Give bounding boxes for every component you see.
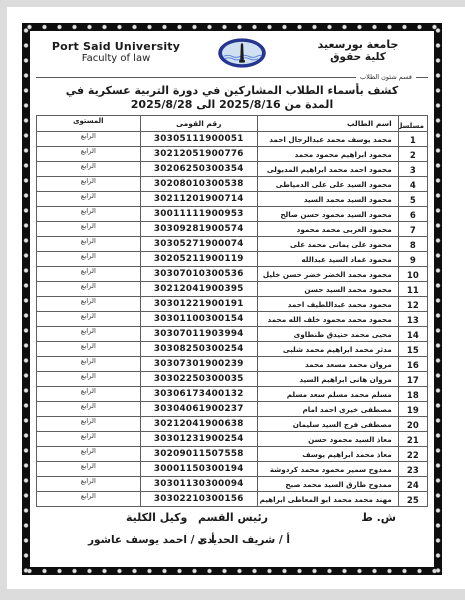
level-cell: الرابع [37,462,141,477]
faculty-name-en: Faculty of law [36,53,196,64]
name-cell: مروان هانى ابراهيم السيد [257,372,398,387]
table-row: 6محمود السيد محمود حسن صالح3001111190095… [37,207,428,222]
university-name-en: Port Said University [36,40,196,53]
level-cell: الرابع [37,147,141,162]
serial-cell: 14 [398,327,427,342]
faculty-name-ar: كلية حقوق [288,51,428,63]
national-id-cell: 30309281900574 [140,222,257,237]
document-page: Port Said University Faculty of law جامع… [7,7,465,589]
table-row: 20مصطفى فرج السيد سليمان30212041900638ال… [37,417,428,432]
table-header-row: مسلسل اسم الطالب رقم القومى المستوى [37,116,428,132]
table-row: 16مروان محمد مسعد محمد30307301900239الرا… [37,357,428,372]
national-id-cell: 30301130300094 [140,477,257,492]
table-row: 12محمود محمد عبداللطيف احمد3030122190019… [37,297,428,312]
national-id-cell: 30301221900191 [140,297,257,312]
national-id-cell: 30209011507558 [140,447,257,462]
level-cell: الرابع [37,132,141,147]
title-line1: كشف بأسماء الطلاب المشاركين في دورة التر… [36,84,428,98]
serial-cell: 19 [398,402,427,417]
level-cell: الرابع [37,252,141,267]
national-id-cell: 30211201900714 [140,192,257,207]
document-title: كشف بأسماء الطلاب المشاركين في دورة التر… [36,84,428,112]
letterhead-arabic: جامعة بورسعيد كلية حقوق [288,37,428,63]
name-cell: محمود العربى محمد محمود [257,222,398,237]
name-cell: مهند محمد محمد ابو المعاطى ابراهيم [257,492,398,507]
name-cell: مدثر محمد ابراهيم محمد شلبى [257,342,398,357]
table-row: 21معاذ السيد محمود حسن30301231900254الرا… [37,432,428,447]
serial-cell: 12 [398,297,427,312]
national-id-cell: 30212041900638 [140,417,257,432]
national-id-cell: 30306173400132 [140,387,257,402]
dean-title: وكيل الكلية [126,511,187,524]
level-cell: الرابع [37,177,141,192]
table-row: 4محمود السيد على على الدمياطى30208010300… [37,177,428,192]
table-row: 22معاذ محمد ابراهيم يوسف30209011507558ال… [37,447,428,462]
national-id-cell: 30001150300194 [140,462,257,477]
table-row: 14محيى محمد حنيدق طنطاوى30307011903994ال… [37,327,428,342]
national-id-cell: 30307011903994 [140,327,257,342]
serial-cell: 9 [398,252,427,267]
table-row: 8محمود على يمانى محمد على30305271900074ا… [37,237,428,252]
table-row: 2محمود ابراهيم محمود محمد30212051900776ا… [37,147,428,162]
level-cell: الرابع [37,432,141,447]
university-logo-icon [217,37,267,69]
letterhead-divider: قسم شئون الطلاب [36,73,428,81]
letterhead: Port Said University Faculty of law جامع… [36,37,428,71]
serial-cell: 20 [398,417,427,432]
level-cell: الرابع [37,192,141,207]
letterhead-english: Port Said University Faculty of law [36,37,196,64]
national-id-cell: 30305271900074 [140,237,257,252]
table-row: 23ممدوح سمير محمود محمد كردوشة3000115030… [37,462,428,477]
header-serial: مسلسل [398,116,427,132]
national-id-cell: 30212051900776 [140,147,257,162]
name-cell: محمود محمد السيد حسن [257,282,398,297]
name-cell: محمود السيد على على الدمياطى [257,177,398,192]
serial-cell: 5 [398,192,427,207]
serial-cell: 21 [398,432,427,447]
border-ornament-bottom [22,567,442,575]
national-id-cell: 30205211900119 [140,252,257,267]
national-id-cell: 30302210300156 [140,492,257,507]
level-cell: الرابع [37,417,141,432]
divider-line-short [416,77,428,78]
border-ornament-left [22,23,30,575]
serial-cell: 2 [398,147,427,162]
national-id-cell: 30307301900239 [140,357,257,372]
header-national-id: رقم القومى [140,116,257,132]
national-id-cell: 30208010300538 [140,177,257,192]
level-cell: الرابع [37,402,141,417]
serial-cell: 23 [398,462,427,477]
level-cell: الرابع [37,207,141,222]
national-id-cell: 30308250300254 [140,342,257,357]
national-id-cell: 30307010300536 [140,267,257,282]
name-cell: محمود محمد عبداللطيف احمد [257,297,398,312]
level-cell: الرابع [37,492,141,507]
student-table-body: 1محمد يوسف محمد عبدالرجال احمد3030511190… [37,132,428,507]
serial-cell: 10 [398,267,427,282]
level-cell: الرابع [37,357,141,372]
table-row: 25مهند محمد محمد ابو المعاطى ابراهيم3030… [37,492,428,507]
name-cell: مروان محمد مسعد محمد [257,357,398,372]
serial-cell: 18 [398,387,427,402]
name-cell: محمد يوسف محمد عبدالرجال احمد [257,132,398,147]
table-row: 11محمود محمد السيد حسن30212041900395الرا… [37,282,428,297]
name-cell: مصطفى فرج السيد سليمان [257,417,398,432]
serial-cell: 17 [398,372,427,387]
name-cell: مسلم محمد مسلم سعد مسلم [257,387,398,402]
serial-cell: 15 [398,342,427,357]
divider-line-long [36,77,356,78]
level-cell: الرابع [37,342,141,357]
level-cell: الرابع [37,267,141,282]
title-line2: المدة من 2025/8/16 الى 2025/8/28 [36,98,428,112]
serial-cell: 24 [398,477,427,492]
name-cell: محمود احمد محمد ابراهيم المدبولى [257,162,398,177]
department-label: قسم شئون الطلاب [356,73,416,81]
table-row: 17مروان هانى ابراهيم السيد30302250300035… [37,372,428,387]
table-row: 3محمود احمد محمد ابراهيم المدبولى3020625… [37,162,428,177]
name-cell: مصطفى خيرى احمد امام [257,402,398,417]
level-cell: الرابع [37,372,141,387]
name-cell: محمود على يمانى محمد على [257,237,398,252]
serial-cell: 13 [398,312,427,327]
name-cell: محمود محمد محمود خلف الله محمد [257,312,398,327]
national-id-cell: 30304061900237 [140,402,257,417]
table-row: 10محمود محمد الخضر خضر حسن خليل303070103… [37,267,428,282]
national-id-cell: 30206250300354 [140,162,257,177]
name-cell: محيى محمد حنيدق طنطاوى [257,327,398,342]
national-id-cell: 30301231900254 [140,432,257,447]
signature-block: ش. ط رئيس القسم وكيل الكلية أ / شريف الح… [36,507,428,555]
name-cell: محمود عماد السيد عبدالله [257,252,398,267]
name-cell: معاذ السيد محمود حسن [257,432,398,447]
national-id-cell: 30212041900395 [140,282,257,297]
students-table: مسلسل اسم الطالب رقم القومى المستوى 1محم… [36,115,428,507]
name-cell: معاذ محمد ابراهيم يوسف [257,447,398,462]
table-row: 19مصطفى خيرى احمد امام30304061900237الرا… [37,402,428,417]
serial-cell: 3 [398,162,427,177]
table-row: 5محمود السيد محمد السيد30211201900714الر… [37,192,428,207]
header-level: المستوى [37,116,141,132]
serial-cell: 4 [398,177,427,192]
table-row: 18مسلم محمد مسلم سعد مسلم30306173400132ا… [37,387,428,402]
serial-cell: 7 [398,222,427,237]
level-cell: الرابع [37,237,141,252]
decorative-border-frame: Port Said University Faculty of law جامع… [22,23,442,575]
dean-name: أ .د / احمد يوسف عاشور [88,534,215,546]
serial-cell: 22 [398,447,427,462]
table-row: 15مدثر محمد ابراهيم محمد شلبى30308250300… [37,342,428,357]
level-cell: الرابع [37,297,141,312]
name-cell: محمود السيد محمود حسن صالح [257,207,398,222]
dept-head-title: رئيس القسم [198,511,268,524]
serial-cell: 1 [398,132,427,147]
table-row: 7محمود العربى محمد محمود30309281900574ال… [37,222,428,237]
table-row: 13محمود محمد محمود خلف الله محمد30301100… [37,312,428,327]
border-ornament-right [434,23,442,575]
table-row: 9محمود عماد السيد عبدالله30205211900119ا… [37,252,428,267]
national-id-cell: 30011111900953 [140,207,257,222]
level-cell: الرابع [37,282,141,297]
level-cell: الرابع [37,477,141,492]
name-cell: محمود ابراهيم محمود محمد [257,147,398,162]
name-cell: محمود السيد محمد السيد [257,192,398,207]
header-student-name: اسم الطالب [257,116,398,132]
name-cell: ممدوح طارق السيد محمد صبح [257,477,398,492]
table-row: 24ممدوح طارق السيد محمد صبح3030113030009… [37,477,428,492]
serial-cell: 25 [398,492,427,507]
level-cell: الرابع [37,162,141,177]
serial-cell: 8 [398,237,427,252]
level-cell: الرابع [37,327,141,342]
border-ornament-top [22,23,442,31]
student-affairs-note: ش. ط [361,511,396,524]
serial-cell: 11 [398,282,427,297]
national-id-cell: 30305111900051 [140,132,257,147]
serial-cell: 16 [398,357,427,372]
university-name-ar: جامعة بورسعيد [288,38,428,51]
national-id-cell: 30301100300154 [140,312,257,327]
level-cell: الرابع [37,222,141,237]
level-cell: الرابع [37,447,141,462]
national-id-cell: 30302250300035 [140,372,257,387]
level-cell: الرابع [37,387,141,402]
name-cell: محمود محمد الخضر خضر حسن خليل [257,267,398,282]
level-cell: الرابع [37,312,141,327]
serial-cell: 6 [398,207,427,222]
table-row: 1محمد يوسف محمد عبدالرجال احمد3030511190… [37,132,428,147]
name-cell: ممدوح سمير محمود محمد كردوشة [257,462,398,477]
